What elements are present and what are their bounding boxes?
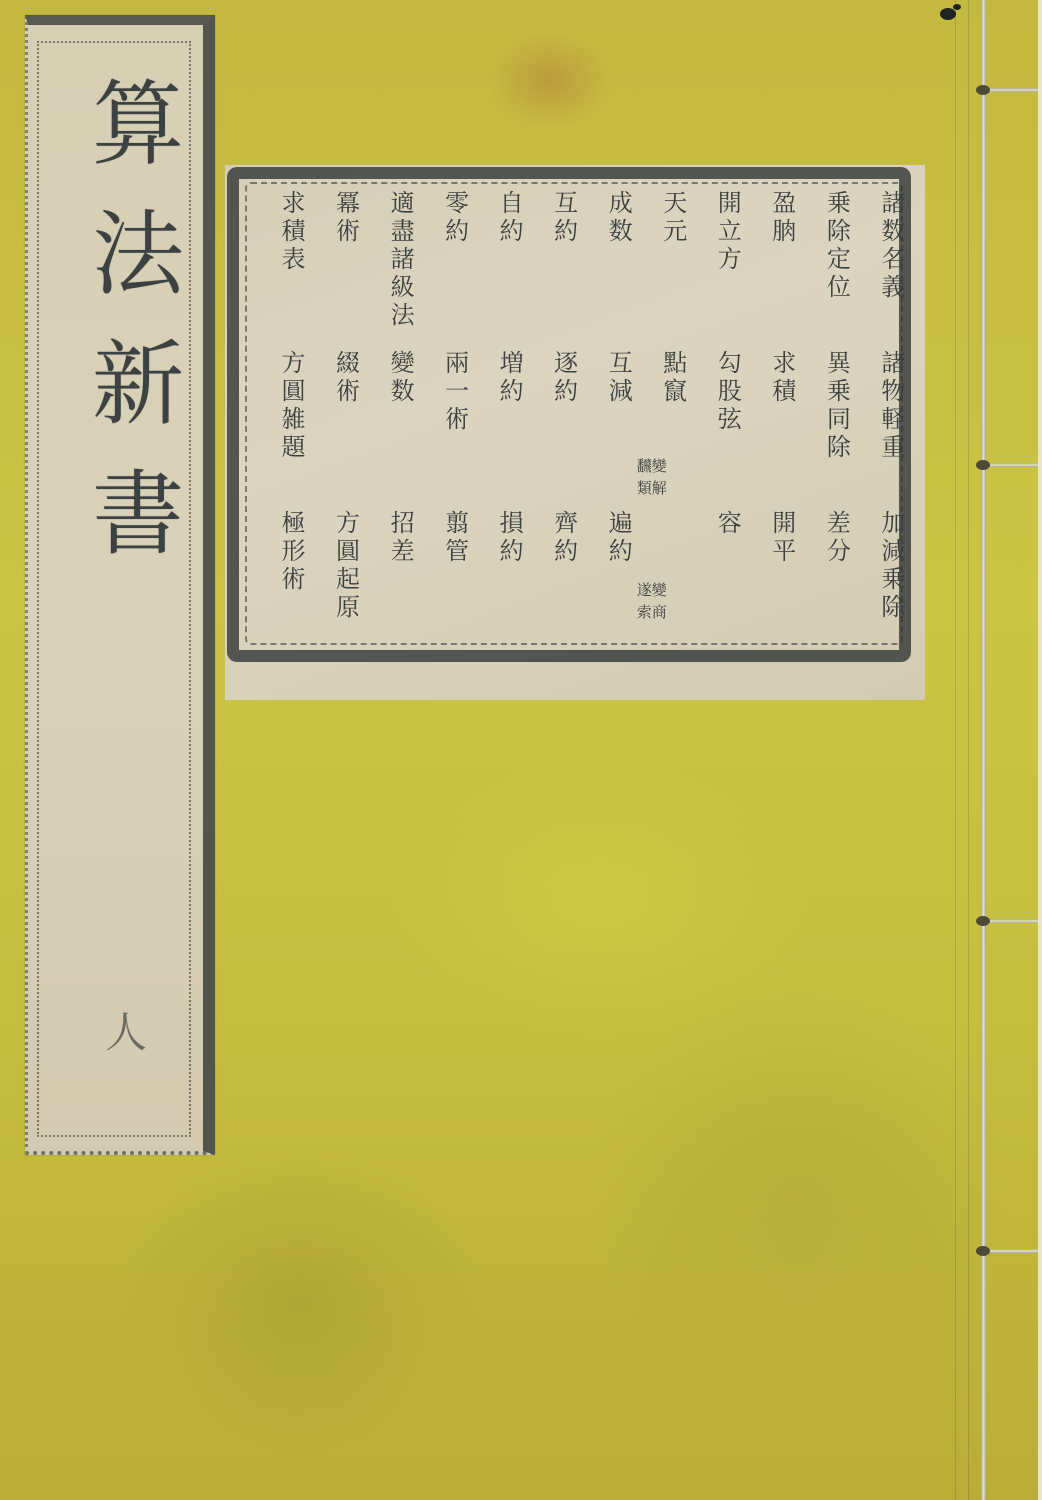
toc-entry-title: 零約 (441, 190, 469, 246)
toc-annotation: 遂變 (637, 582, 667, 599)
toc-entry-title: 損約 (495, 510, 523, 566)
toc-entry-title: 開立方 (713, 190, 741, 274)
toc-entry: 點竄 (637, 350, 687, 406)
toc-entry-title: 方圓起原 (332, 510, 360, 622)
binding-stitch (983, 919, 1042, 923)
toc-entry-title: 開平 (768, 510, 796, 566)
toc-entry: 盈朒 (746, 190, 796, 246)
ink-blot (953, 4, 961, 10)
toc-entry: 綴術 (310, 350, 360, 406)
title-slip: 算法新書 人 (25, 15, 215, 1155)
toc-entry: 加減乗除 (855, 510, 905, 622)
volume-mark: 人 (105, 1000, 147, 1060)
toc-entry: 自約 (473, 190, 523, 246)
toc-entry: 適盡諸級法 (364, 190, 414, 330)
toc-entry: 遍約 (582, 510, 632, 566)
toc-entry: 勾股弦 (691, 350, 741, 434)
toc-entry-title: 逐約 (550, 350, 578, 406)
toc-entry: 開平 (746, 510, 796, 566)
toc-column: 求積表方圓雑題極形術 (255, 190, 305, 630)
toc-entry-title: 方圓雑題 (277, 350, 305, 462)
toc-entry: 極形術 (255, 510, 305, 594)
toc-entry-title: 増約 (495, 350, 523, 406)
toc-entry: 招差 (364, 510, 414, 566)
binding-knot (976, 1246, 990, 1256)
toc-entry-title: 求積表 (277, 190, 305, 274)
toc-entry: 開立方 (691, 190, 741, 274)
binding-stitch (983, 88, 1042, 92)
toc-entry-title: 天元 (659, 190, 687, 246)
toc-entry-title: 成数 (604, 190, 632, 246)
toc-entry: 差分 (800, 510, 850, 566)
toc-entry-title: 容 (713, 510, 741, 538)
toc-entry-title: 互減 (604, 350, 632, 406)
binding-stitch (983, 1249, 1042, 1253)
toc-entry: 互約 (528, 190, 578, 246)
toc-column: 盈朒求積開平 (746, 190, 796, 630)
toc-entry-title: 綴術 (332, 350, 360, 406)
toc-column: 零約兩一術翦管 (419, 190, 469, 630)
toc-annotation: 索商 (637, 604, 667, 621)
page-edge (1038, 0, 1042, 1500)
toc-entry-title: 遍約 (604, 510, 632, 566)
toc-annotation: 類解 (637, 480, 667, 497)
toc-entry: 方圓雑題 (255, 350, 305, 462)
toc-entry-title: 加減乗除 (877, 510, 905, 622)
toc-entry: 翦管 (419, 510, 469, 566)
binding-thread (981, 0, 986, 1500)
toc-column: 互約逐約齊約 (528, 190, 578, 630)
binding-knot (976, 916, 990, 926)
toc-entry-title: 適盡諸級法 (386, 190, 414, 330)
toc-entry: 容 (691, 510, 741, 538)
toc-entry-title: 冪術 (332, 190, 360, 246)
table-of-contents: 諸数名義諸物軽重加減乗除乗除定位異乗同除差分盈朒求積開平開立方勾股弦容天元點竄飜… (255, 190, 905, 630)
toc-entry-title: 勾股弦 (713, 350, 741, 434)
cover-crease (968, 0, 969, 1500)
toc-entry: 諸数名義 (855, 190, 905, 302)
toc-entry-title: 自約 (495, 190, 523, 246)
toc-entry-title: 點竄 (659, 350, 687, 406)
toc-column: 成数互減遍約 (582, 190, 632, 630)
binding-knot (976, 460, 990, 470)
toc-entry: 零約 (419, 190, 469, 246)
toc-column: 冪術綴術方圓起原 (310, 190, 360, 630)
toc-column: 天元點竄飜變類解遂變索商 (637, 190, 687, 630)
toc-entry-title: 極形術 (277, 510, 305, 594)
toc-entry: 求積表 (255, 190, 305, 274)
toc-entry-title: 諸物軽重 (877, 350, 905, 462)
toc-entry: 諸物軽重 (855, 350, 905, 462)
toc-entry: 天元 (637, 190, 687, 246)
toc-column: 乗除定位異乗同除差分 (800, 190, 850, 630)
toc-entry-title: 諸数名義 (877, 190, 905, 302)
toc-entry-title: 乗除定位 (822, 190, 850, 302)
toc-entry: 逐約 (528, 350, 578, 406)
toc-entry: 損約 (473, 510, 523, 566)
toc-column: 開立方勾股弦容 (691, 190, 741, 630)
toc-entry: 冪術 (310, 190, 360, 246)
toc-entry: 兩一術 (419, 350, 469, 434)
toc-entry: 方圓起原 (310, 510, 360, 622)
contents-label: 諸数名義諸物軽重加減乗除乗除定位異乗同除差分盈朒求積開平開立方勾股弦容天元點竄飜… (225, 165, 925, 700)
toc-entry-title: 招差 (386, 510, 414, 566)
toc-entry: 異乗同除 (800, 350, 850, 462)
toc-entry: 増約 (473, 350, 523, 406)
toc-entry-title: 齊約 (550, 510, 578, 566)
toc-entry-title: 異乗同除 (822, 350, 850, 462)
toc-column: 諸数名義諸物軽重加減乗除 (855, 190, 905, 630)
toc-entry-title: 求積 (768, 350, 796, 406)
ink-blot (940, 8, 956, 20)
binding-knot (976, 85, 990, 95)
cover-crease (955, 0, 956, 1500)
toc-entry-title: 翦管 (441, 510, 469, 566)
toc-entry: 互減 (582, 350, 632, 406)
toc-entry: 求積 (746, 350, 796, 406)
toc-annotation: 飜變 (637, 458, 667, 475)
toc-entry-title: 互約 (550, 190, 578, 246)
toc-entry-title: 兩一術 (441, 350, 469, 434)
toc-entry: 成数 (582, 190, 632, 246)
toc-entry-title: 差分 (822, 510, 850, 566)
toc-column: 適盡諸級法變数招差 (364, 190, 414, 630)
binding-stitch (983, 463, 1042, 467)
toc-entry: 齊約 (528, 510, 578, 566)
toc-entry-title: 變数 (386, 350, 414, 406)
toc-column: 自約増約損約 (473, 190, 523, 630)
toc-entry: 乗除定位 (800, 190, 850, 302)
toc-entry: 變数 (364, 350, 414, 406)
book-title: 算法新書 (80, 75, 180, 595)
toc-entry-title: 盈朒 (768, 190, 796, 246)
